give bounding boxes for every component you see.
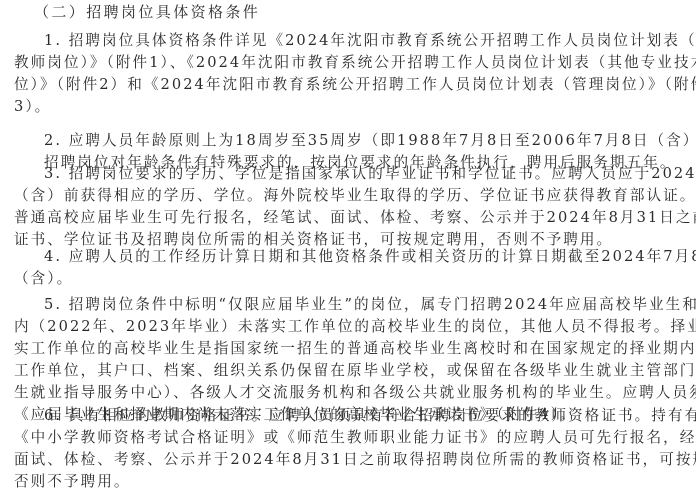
paragraph-line: 普通高校应届毕业生可先行报名，经笔试、面试、体检、考察、公示并于2024年8月3… xyxy=(14,207,696,229)
section-heading: （二）招聘岗位具体资格条件 xyxy=(34,1,260,23)
paragraph-line: 生就业指导服务中心）、各级人才交流服务机构和各级公共就业服务机构的毕业生。应聘人… xyxy=(14,382,696,404)
paragraph-line: 1. 招聘岗位具体资格条件详见《2024年沈阳市教育系统公开招聘工作人员岗位计划… xyxy=(44,30,696,52)
paragraph-line: 否则不予聘用。 xyxy=(14,471,131,493)
paragraph-line: 6. 具有相应的教师资格证书。应聘人员须具有符合招聘岗位要求的教师资格证书。持有… xyxy=(44,405,696,427)
paragraph-line: 《中小学教师资格考试合格证明》或《师范生教师职业能力证书》的应聘人员可先行报名，… xyxy=(14,427,696,449)
paragraph-line: （含）。 xyxy=(14,268,73,290)
paragraph-line: 面试、体检、考察、公示并于2024年8月31日之前取得招聘岗位所需的教师资格证书… xyxy=(14,449,696,471)
paragraph-line: 2. 应聘人员年龄原则上为18周岁至35周岁（即1988年7月8日至2006年7… xyxy=(44,130,696,152)
paragraph-line: 内（2022年、2023年毕业）未落实工作单位的高校毕业生的岗位，其他人员不得报… xyxy=(14,316,696,338)
paragraph-line: 4. 应聘人员的工作经历计算日期和其他资格条件或相关资历的计算日期截至2024年… xyxy=(44,246,696,268)
paragraph-line: 实工作单位的高校毕业生是指国家统一招生的普通高校毕业生离校时和在国家规定的择业期… xyxy=(14,338,696,360)
paragraph-line: 3. 招聘岗位要求的学历、学位是指国家承认的毕业证书和学位证书。应聘人员应于20… xyxy=(44,163,696,185)
paragraph-line: 3）。 xyxy=(14,96,51,118)
paragraph-line: 5. 招聘岗位条件中标明“仅限应届毕业生”的岗位，属专门招聘2024年应届高校毕… xyxy=(44,294,696,316)
paragraph-line: 位）》（附件2）和《2024年沈阳市教育系统公开招聘工作人员岗位计划表（管理岗位… xyxy=(14,74,696,96)
paragraph-line: （含）前获得相应的学历、学位。海外院校毕业生取得的学历、学位证书应获得教育部认证… xyxy=(14,185,696,207)
paragraph-line: 工作单位，其户口、档案、组织关系仍保留在原毕业学校，或保留在各级毕业生就业主管部… xyxy=(14,360,696,382)
paragraph-line: 教师岗位）》（附件1）、《2024年沈阳市教育系统公开招聘工作人员岗位计划表（其… xyxy=(14,52,696,74)
